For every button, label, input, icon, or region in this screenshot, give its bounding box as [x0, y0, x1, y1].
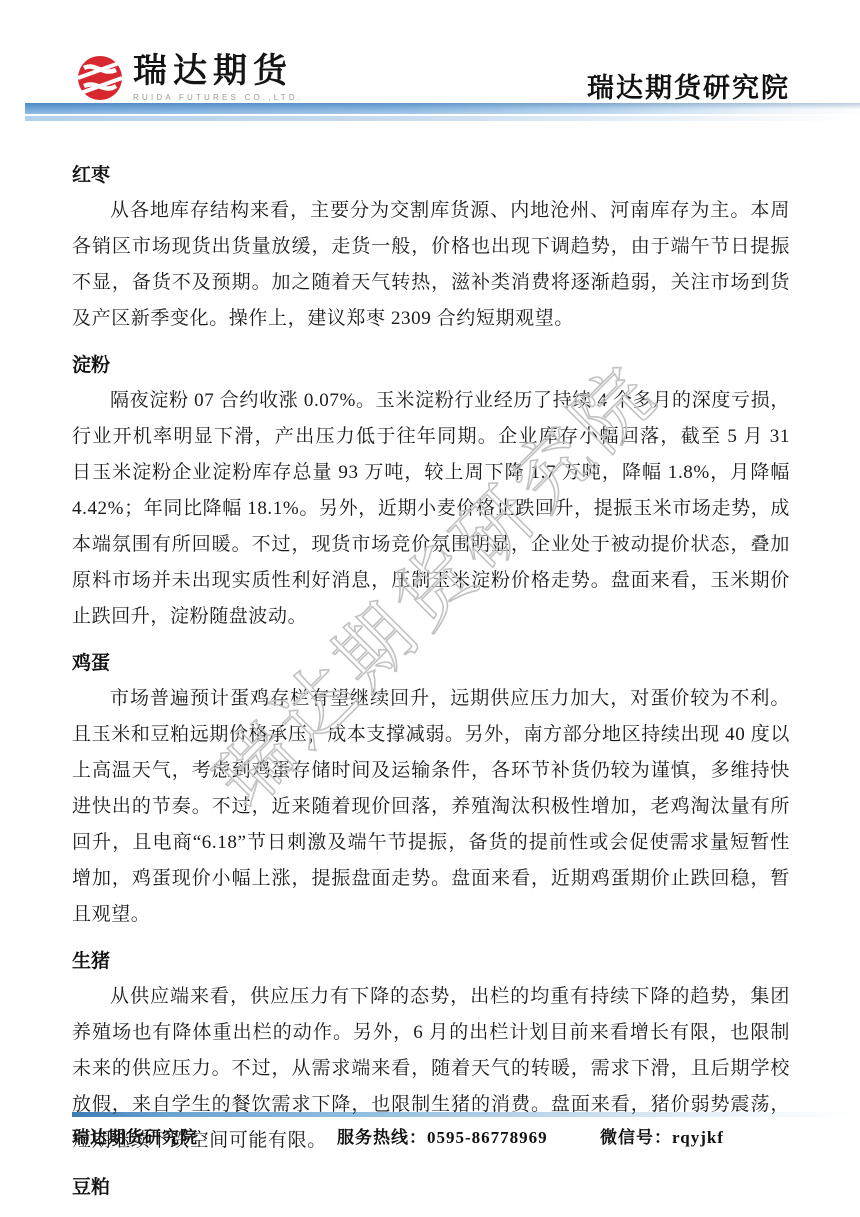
section-title-starch: 淀粉 [72, 352, 790, 380]
section-paragraph-eggs: 市场普遍预计蛋鸡存栏有望继续回升，远期供应压力加大，对蛋价较为不利。且玉米和豆粕… [72, 681, 790, 933]
section-paragraph-live-hogs: 从供应端来看，供应压力有下降的态势，出栏的均重有持续下降的趋势，集团养殖场也有降… [72, 979, 790, 1159]
report-page: 瑞达期货 RUIDA FUTURES CO.,LTD. 瑞达期货研究院 瑞达期货… [0, 0, 860, 1217]
institute-title: 瑞达期货研究院 [587, 66, 790, 105]
brand-block: 瑞达期货 RUIDA FUTURES CO.,LTD. [75, 52, 303, 104]
report-body: 红枣 从各地库存结构来看，主要分为交割库货源、内地沧州、河南库存为主。本周各销区… [72, 162, 790, 1202]
brand-text: 瑞达期货 RUIDA FUTURES CO.,LTD. [133, 52, 303, 102]
section-paragraph-starch: 隔夜淀粉 07 合约收涨 0.07%。玉米淀粉行业经历了持续 4 个多月的深度亏… [72, 383, 790, 635]
section-title-soybean-meal: 豆粕 [72, 1174, 790, 1202]
brand-name: 瑞达期货 [133, 52, 303, 90]
brand-subtitle: RUIDA FUTURES CO.,LTD. [133, 93, 303, 102]
section-title-live-hogs: 生猪 [72, 948, 790, 976]
header-divider-main-bar [25, 103, 860, 114]
section-title-red-dates: 红枣 [72, 162, 790, 190]
ruida-logo-icon [75, 52, 125, 104]
section-title-eggs: 鸡蛋 [72, 650, 790, 678]
header-divider-sub-bar [25, 116, 860, 121]
header-divider [25, 103, 860, 121]
section-paragraph-red-dates: 从各地库存结构来看，主要分为交割库货源、内地沧州、河南库存为主。本周各销区市场现… [72, 193, 790, 337]
